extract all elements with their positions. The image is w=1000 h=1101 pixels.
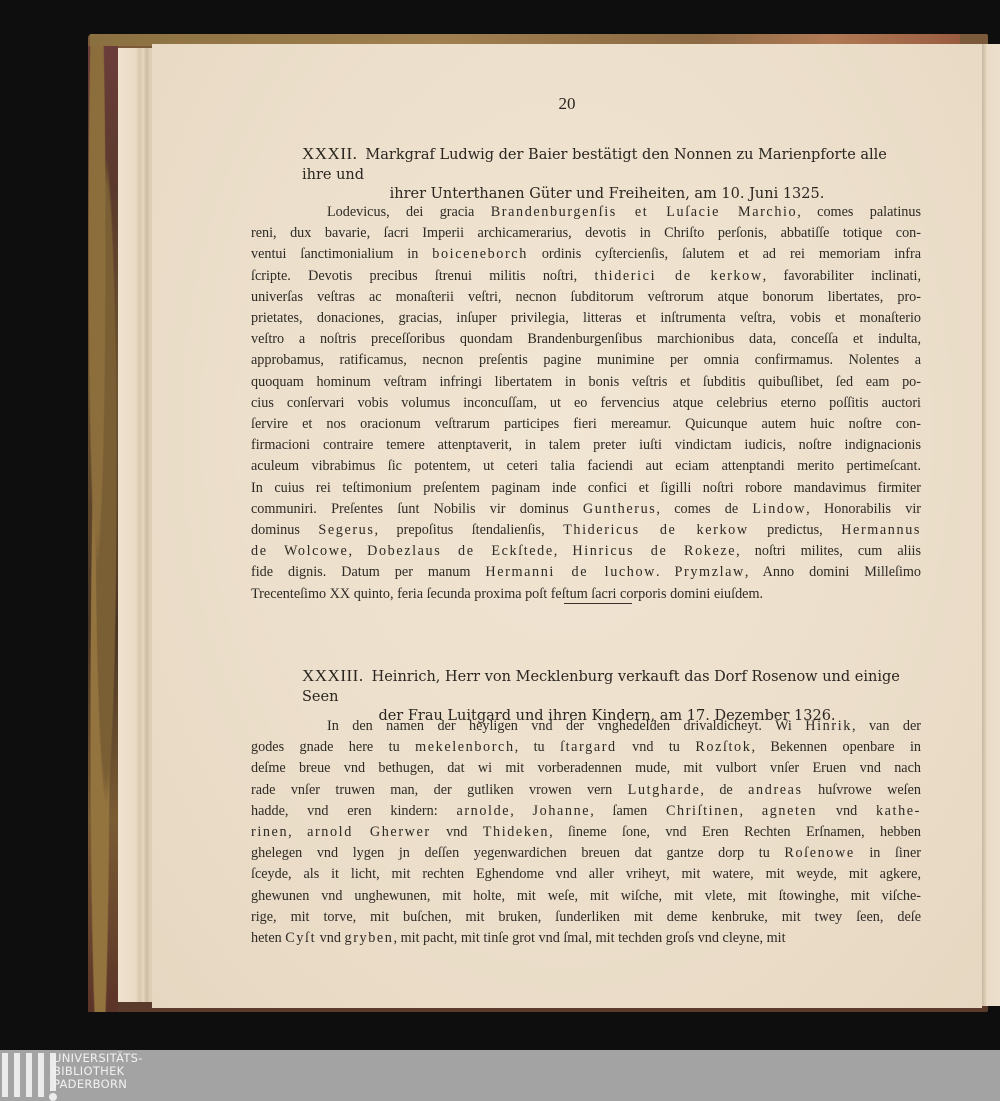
text-line: veſtro a noſtris preceſſoribus quondam B… [251,329,921,350]
spaced-name: Lindow [752,501,806,517]
text-line: In den namen der heyligen vnd der vnghed… [251,716,921,737]
text-line: de Wolcowe, Dobezlaus de Eckſtede, Hinri… [251,541,921,562]
facing-page-edge [982,44,1000,1006]
spaced-name: Hinrik [805,718,852,734]
section-separator [564,603,632,604]
spaced-name: thiderici de kerkow [594,268,762,284]
text-line: hadde, vnd eren kindern: arnolde, Johann… [251,801,921,822]
spaced-name: kathe- [876,803,921,819]
spaced-name: de Wolcowe [251,543,348,559]
spaced-name: Johanne [533,803,591,819]
text-line: ventui ſanctimonialium in boiceneborch o… [251,244,921,265]
spaced-name: Hinricus de Rokeze [572,543,736,559]
spaced-name: Prymzlaw [675,564,745,580]
spaced-name: Rozſtok [695,739,751,755]
text-line: ſceyde, als it licht, mit rechten Eghend… [251,864,921,885]
text-line: Lodevicus, dei gracia Brandenburgenſis e… [251,202,921,223]
section-numeral: XXXII. [302,144,357,163]
spaced-name: Lutgharde [628,782,701,798]
text-line: godes gnade here tu mekelenborch, tu ſta… [251,737,921,758]
spaced-name: boiceneborch [432,246,528,262]
text-line: fide dignis. Datum per manum Hermanni de… [251,562,921,583]
spaced-name: agneten [762,803,817,819]
spaced-name: Segerus [318,522,374,538]
spaced-name: gryben [345,930,394,946]
text-line: approbamus, ratificamus, necnon preſenti… [251,350,921,371]
section-heading-xxxii: XXXII.Markgraf Ludwig der Baier bestätig… [302,144,912,204]
text-line: aculeum vibrabimus ſic potentem, ut cete… [251,456,921,477]
section-title-line1: Markgraf Ludwig der Baier bestätigt den … [302,147,887,183]
spaced-name: Chriſtinen [666,803,740,819]
spaced-name: Guntherus [583,501,657,517]
spaced-name: ſtargard [560,739,617,755]
book-page: 20 XXXII.Markgraf Ludwig der Baier bestä… [152,44,982,1008]
text-line: communiri. Preſentes ſunt Nobilis vir do… [251,499,921,520]
text-line: Trecenteſimo XX quinto, feria ſecunda pr… [251,584,921,605]
text-line: ſcripte. Devotis precibus ſtrenui militi… [251,266,921,287]
text-line: quoquam hominum veſtram infringi liberta… [251,372,921,393]
text-line: rinen, arnold Gherwer vnd Thideken, ſine… [251,822,921,843]
text-line: ghelegen vnd lygen jn deſſen yegenwardic… [251,843,921,864]
library-logo-icon [2,1053,56,1097]
spaced-name: Roſenowe [784,845,854,861]
text-line: rige, mit torve, mit buſchen, mit bruken… [251,907,921,928]
spaced-name: mekelenborch [415,739,515,755]
section-numeral: XXXIII. [302,666,364,685]
text-line: firmacioni contraire temere attenptaveri… [251,435,921,456]
text-line: rade vnſer truwen man, der gutliken vrow… [251,780,921,801]
text-line: dominus Segerus, prepoſitus ſtendalienſi… [251,520,921,541]
page-edges [118,48,154,1002]
text-line: univerſas veſtras ac monaſterii veſtri, … [251,287,921,308]
section-title-line1: Heinrich, Herr von Mecklenburg verkauft … [302,669,900,705]
spaced-name: Brandenburgenſis et Luſacie Marchio [491,204,798,220]
text-line: reni, dux bavarie, ſacri Imperii archica… [251,223,921,244]
spaced-name: Hermannus [841,522,921,538]
spaced-name: andreas [748,782,803,798]
text-line: In cuius rei teſtimonium preſentem pagin… [251,478,921,499]
spaced-name: Hermanni de luchow [485,564,656,580]
spaced-name: Thidericus de kerkow [563,522,749,538]
library-footer: UNIVERSITÄTS- BIBLIOTHEK PADERBORN [0,1050,1000,1101]
spaced-name: Thideken [483,824,549,840]
library-logo-text: UNIVERSITÄTS- BIBLIOTHEK PADERBORN [53,1052,143,1091]
spaced-name: Dobezlaus de Eckſtede [367,543,554,559]
text-line: ghewunen vnd unghewunen, mit holte, mit … [251,886,921,907]
charter-text-xxxii: Lodevicus, dei gracia Brandenburgenſis e… [251,202,921,605]
text-line: ſervire et nos oracionum veſtrarum parti… [251,414,921,435]
spaced-name: arnolde [456,803,510,819]
text-line: deſme breue vnd bethugen, dat wi mit vor… [251,758,921,779]
page-number: 20 [152,94,982,114]
marbled-spine [88,46,118,1012]
spaced-name: arnold Gherwer [307,824,431,840]
charter-text-xxxiii: In den namen der heyligen vnd der vnghed… [251,716,921,949]
text-line: cius conſervari vobis volumus inconcuſſa… [251,393,921,414]
text-line: prietates, donaciones, gracias, inſuper … [251,308,921,329]
spaced-name: Cyſt [285,930,316,946]
spaced-name: rinen [251,824,288,840]
text-line: heten Cyſt vnd gryben, mit pacht, mit ti… [251,928,921,949]
